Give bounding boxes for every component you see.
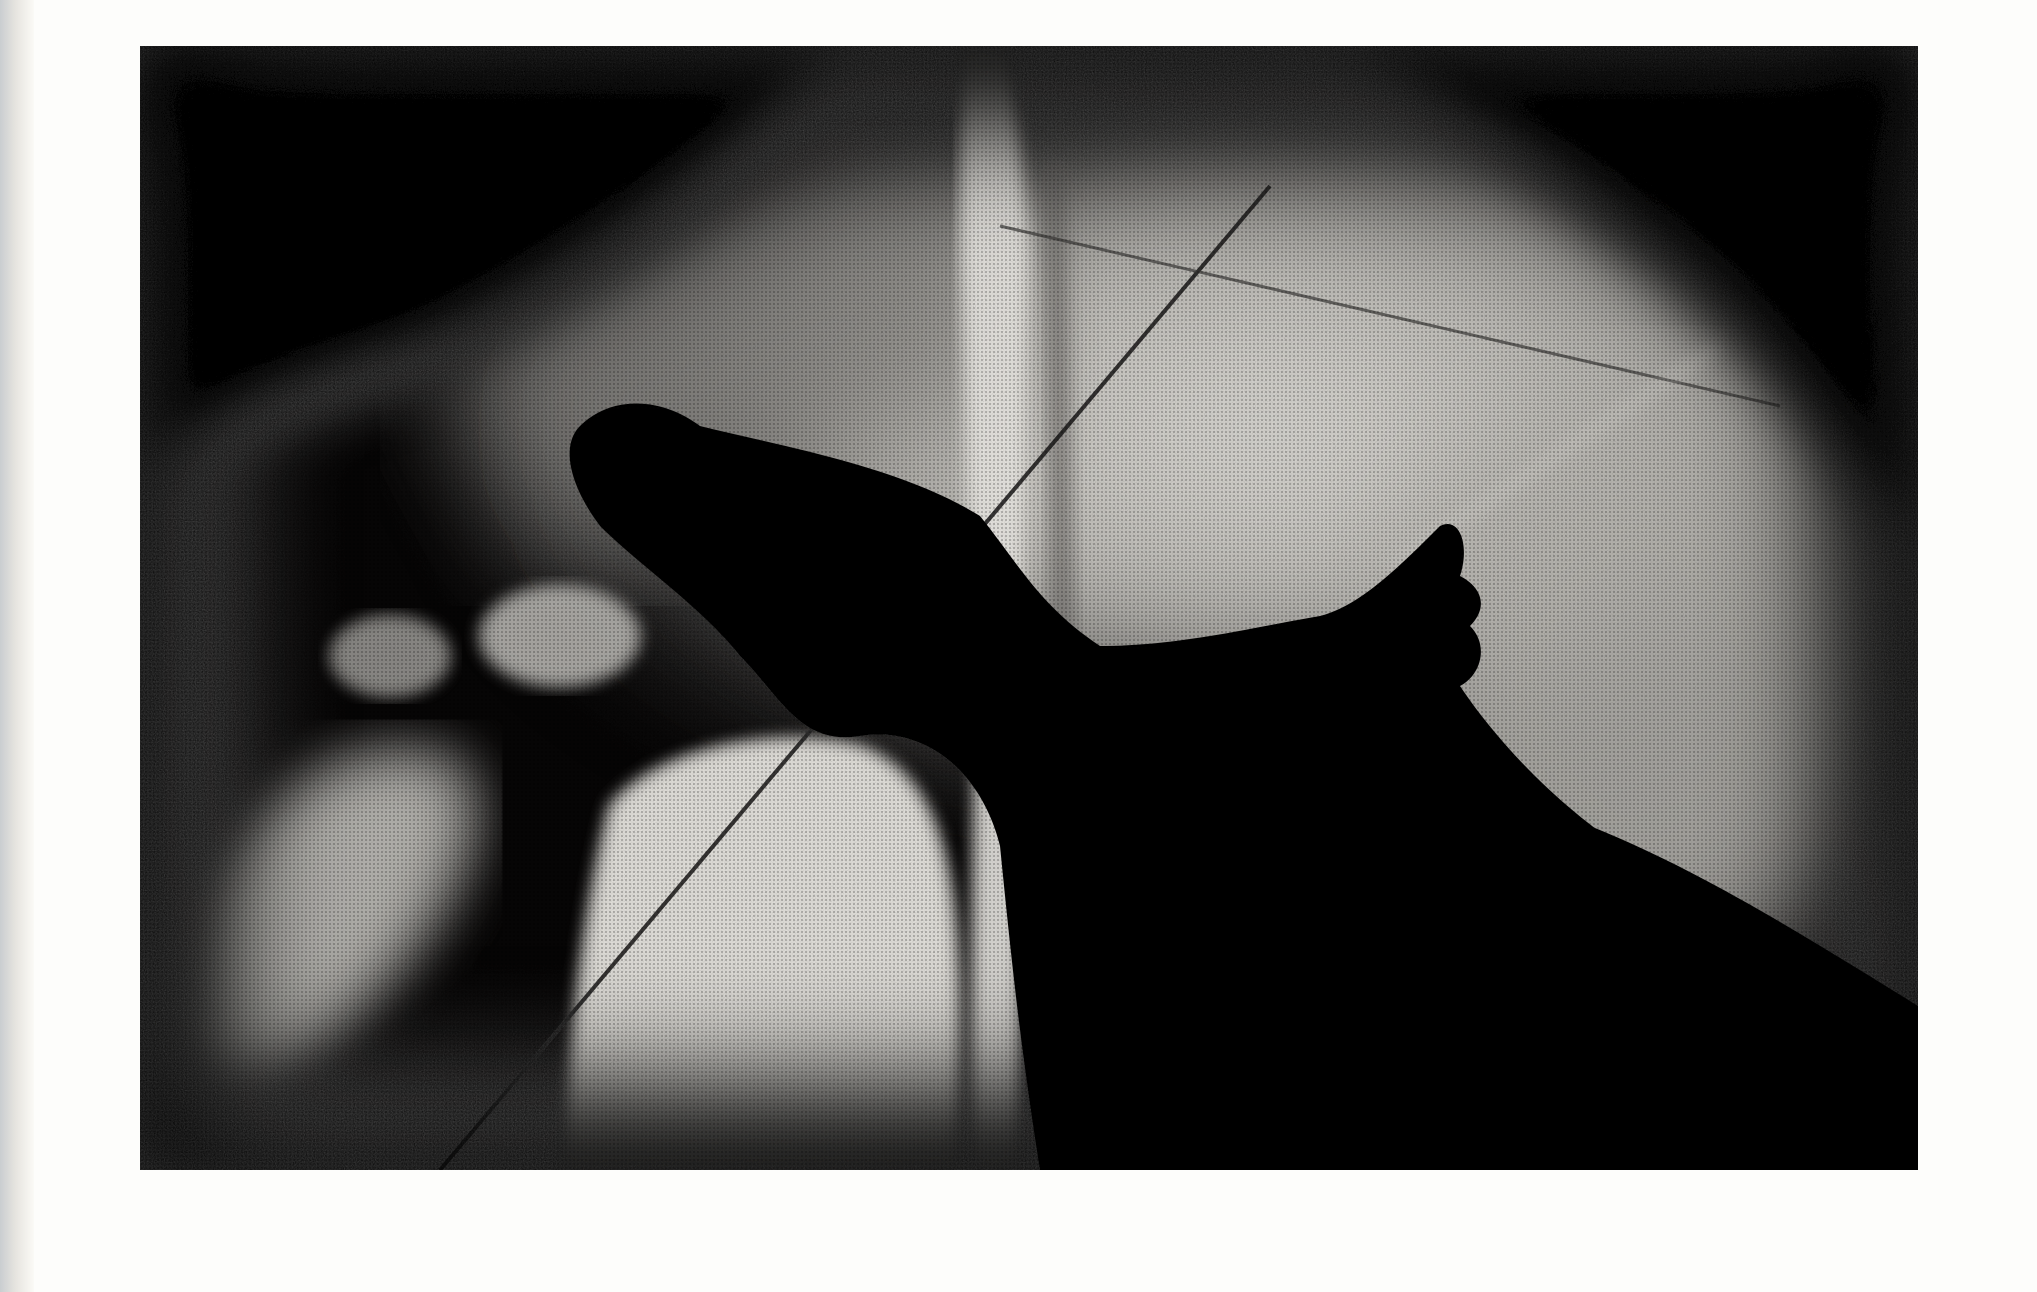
page-binding-edge [0,0,34,1292]
photo-render [140,46,1918,1170]
halftone-photograph [140,46,1918,1170]
